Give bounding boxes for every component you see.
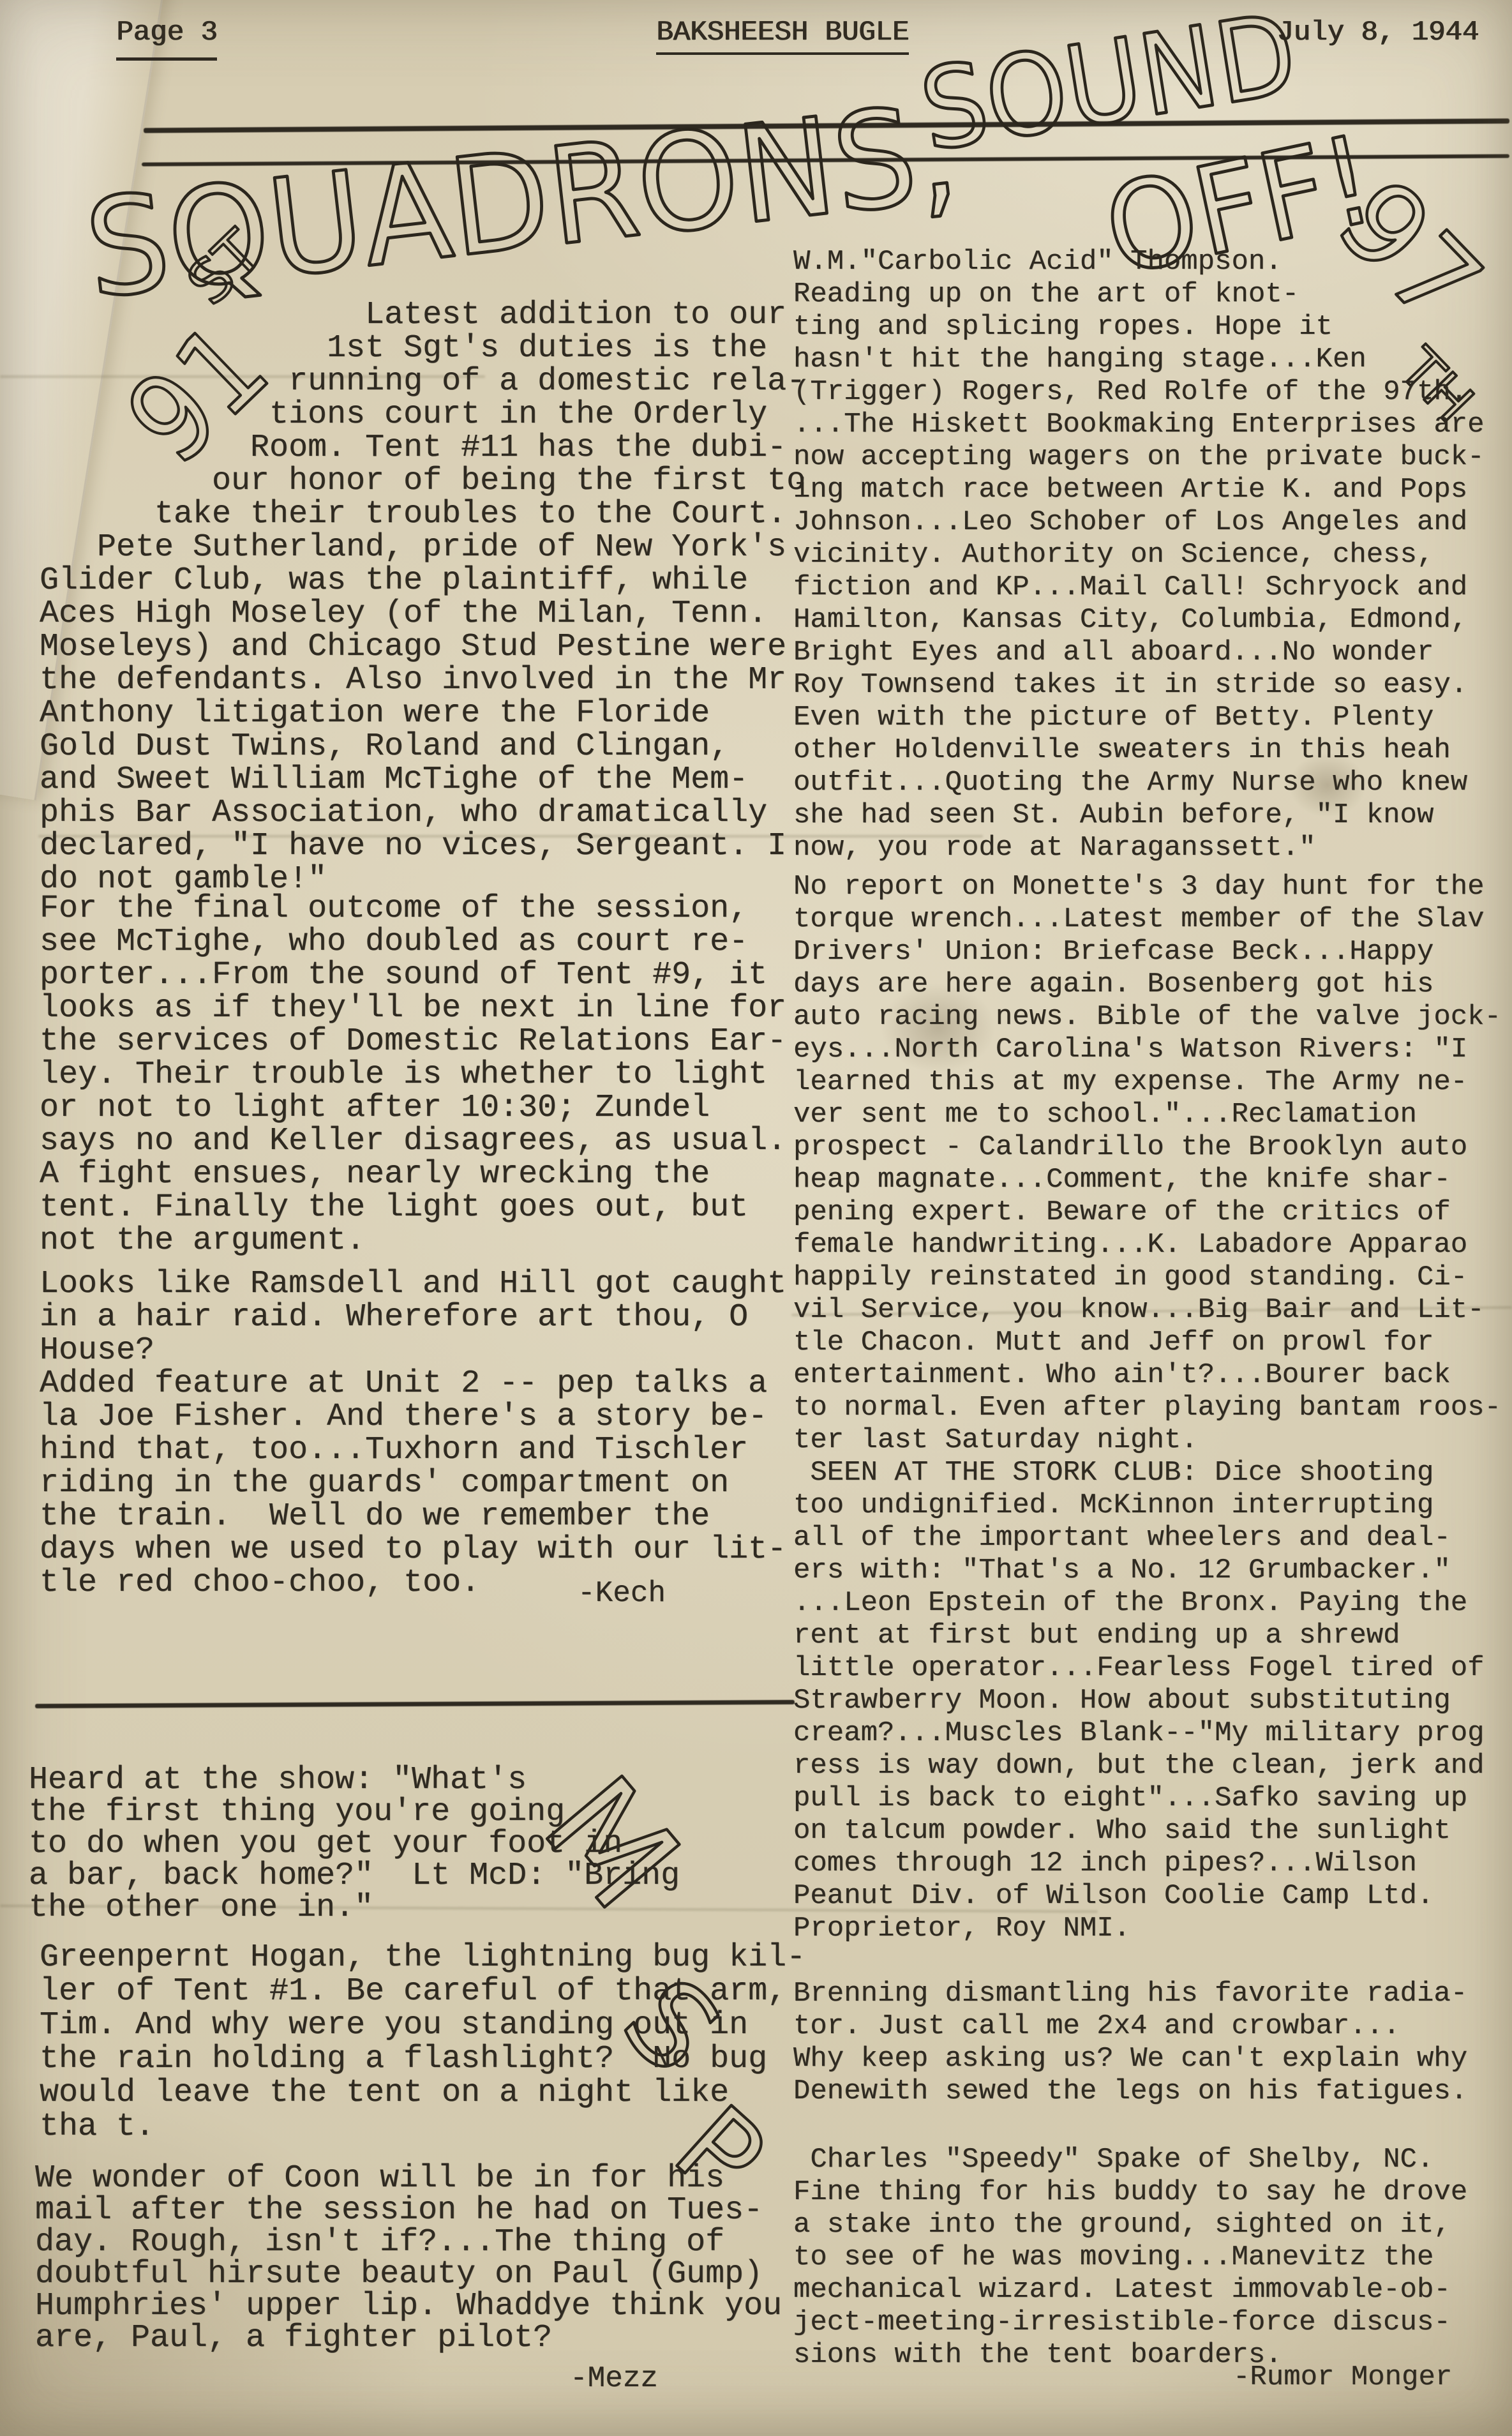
article-unit2: Added feature at Unit 2 -- pep talks a l… [40,1367,786,1600]
article-heard-at-show: Heard at the show: "What's the first thi… [29,1764,680,1924]
page-number: Page 3 [116,17,217,61]
article-brenning: Brenning dismantling his favorite radia-… [793,1978,1467,2108]
article-monette: No report on Monette's 3 day hunt for th… [793,871,1501,1457]
signature-rumor-monger: -Rumor Monger [1233,2361,1452,2394]
article-final-outcome: For the final outcome of the session, se… [40,892,786,1258]
article-spake: Charles "Speedy" Spake of Shelby, NC. Fi… [793,2144,1467,2372]
article-greenpernt: Greenpernt Hogan, the lightning bug kil-… [40,1941,805,2144]
masthead-title: BAKSHEESH BUGLE [656,17,909,55]
article-domestic-court: Latest addition to our 1st Sgt's duties … [40,299,805,896]
signature-mezz: -Mezz [570,2362,658,2395]
section-divider [35,1700,795,1708]
article-coon: We wonder of Coon will be in for his mai… [35,2163,782,2354]
signature-kech: -Kech [578,1577,666,1610]
article-stork-club: SEEN AT THE STORK CLUB: Dice shooting to… [793,1457,1485,1945]
article-hair-raid: Looks like Ramsdell and Hill got caught … [40,1268,786,1367]
article-thompson: W.M."Carbolic Acid" Thompson. Reading up… [793,246,1485,864]
newsletter-page: Page 3 BAKSHEESH BUGLE July 8, 1944 SQUA… [0,0,1512,2436]
